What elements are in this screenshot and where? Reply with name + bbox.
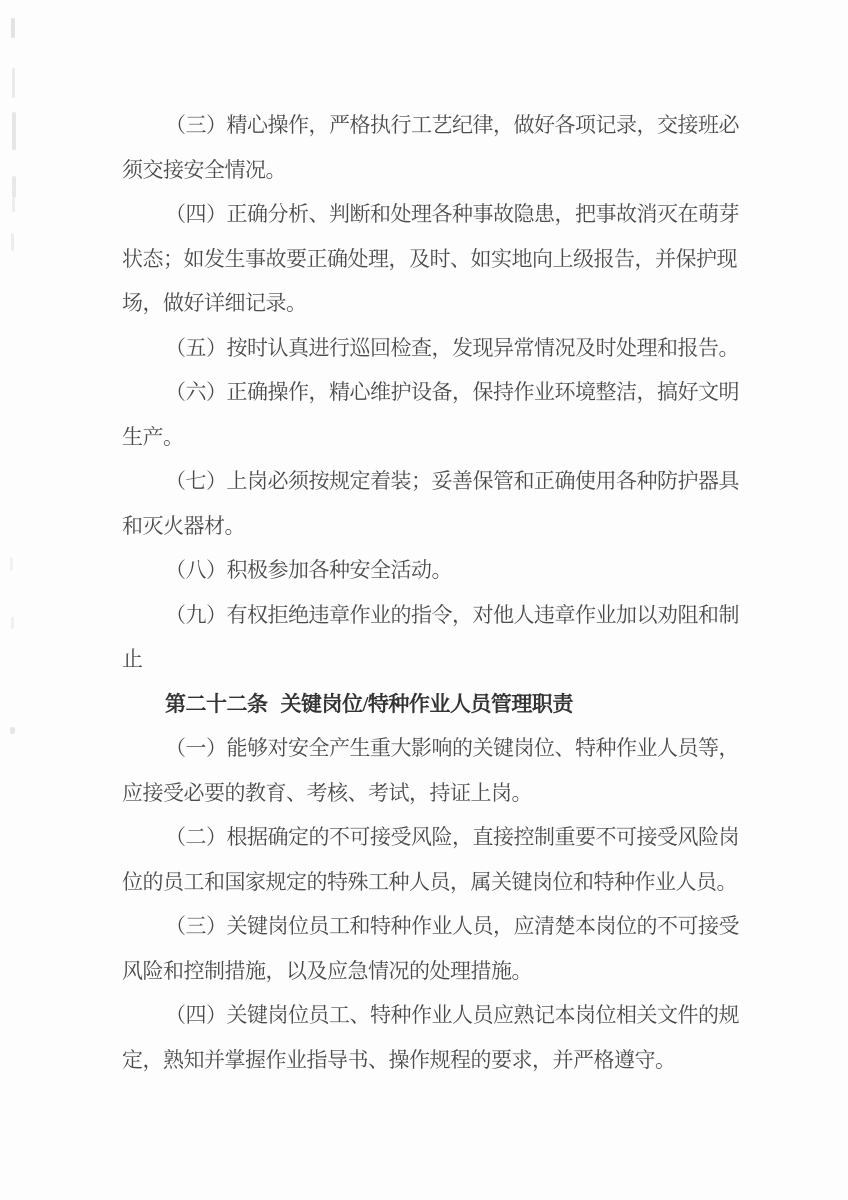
article-title: 关键岗位/特种作业人员管理职责: [281, 692, 573, 716]
text-line: （九）有权拒绝违章作业的指令，对他人违章作业加以劝阻和制: [122, 593, 748, 638]
text-line: （六）正确操作，精心维护设备，保持作业环境整洁，搞好文明: [122, 370, 748, 415]
text-line: 须交接安全情况。: [122, 148, 748, 193]
text-line: （二）根据确定的不可接受风险，直接控制重要不可接受风险岗: [122, 815, 748, 860]
article-heading: 第二十二条关键岗位/特种作业人员管理职责: [122, 682, 748, 727]
scan-artifact: [10, 727, 15, 734]
text-line: 止: [122, 637, 748, 682]
text-line: （三）精心操作，严格执行工艺纪律，做好各项记录，交接班必: [122, 103, 748, 148]
text-line: （八）积极参加各种安全活动。: [122, 548, 748, 593]
scan-artifact: [11, 18, 15, 38]
text-line: （五）按时认真进行巡回检查，发现异常情况及时处理和报告。: [122, 326, 748, 371]
scan-artifact: [11, 233, 14, 251]
scan-artifact: [12, 198, 15, 212]
text-line: 生产。: [122, 415, 748, 460]
text-line: （四）关键岗位员工、特种作业人员应熟记本岗位相关文件的规: [122, 993, 748, 1038]
text-line: 位的员工和国家规定的特殊工种人员，属关键岗位和特种作业人员。: [122, 860, 748, 905]
scan-artifact: [11, 617, 14, 629]
text-line: （七）上岗必须按规定着装；妥善保管和正确使用各种防护器具: [122, 459, 748, 504]
scan-artifact: [10, 557, 13, 571]
text-line: 和灭火器材。: [122, 504, 748, 549]
text-line: 定，熟知并掌握作业指导书、操作规程的要求，并严格遵守。: [122, 1038, 748, 1083]
document-text: （三）精心操作，严格执行工艺纪律，做好各项记录，交接班必须交接安全情况。（四）正…: [122, 103, 748, 1082]
text-line: 风险和控制措施，以及应急情况的处理措施。: [122, 949, 748, 994]
text-line: 状态；如发生事故要正确处理，及时、如实地向上级报告，并保护现: [122, 237, 748, 282]
text-line: 场，做好详细记录。: [122, 281, 748, 326]
scan-artifact: [12, 176, 16, 198]
text-line: （四）正确分析、判断和处理各种事故隐患，把事故消灭在萌芽: [122, 192, 748, 237]
scan-artifact: [12, 112, 16, 150]
text-line: （三）关键岗位员工和特种作业人员，应清楚本岗位的不可接受: [122, 904, 748, 949]
scan-artifact: [12, 68, 15, 98]
text-line: （一）能够对安全产生重大影响的关键岗位、特种作业人员等，: [122, 726, 748, 771]
text-line: 应接受必要的教育、考核、考试，持证上岗。: [122, 771, 748, 816]
document-page: （三）精心操作，严格执行工艺纪律，做好各项记录，交接班必须交接安全情况。（四）正…: [0, 0, 848, 1200]
article-number: 第二十二条: [165, 692, 268, 716]
